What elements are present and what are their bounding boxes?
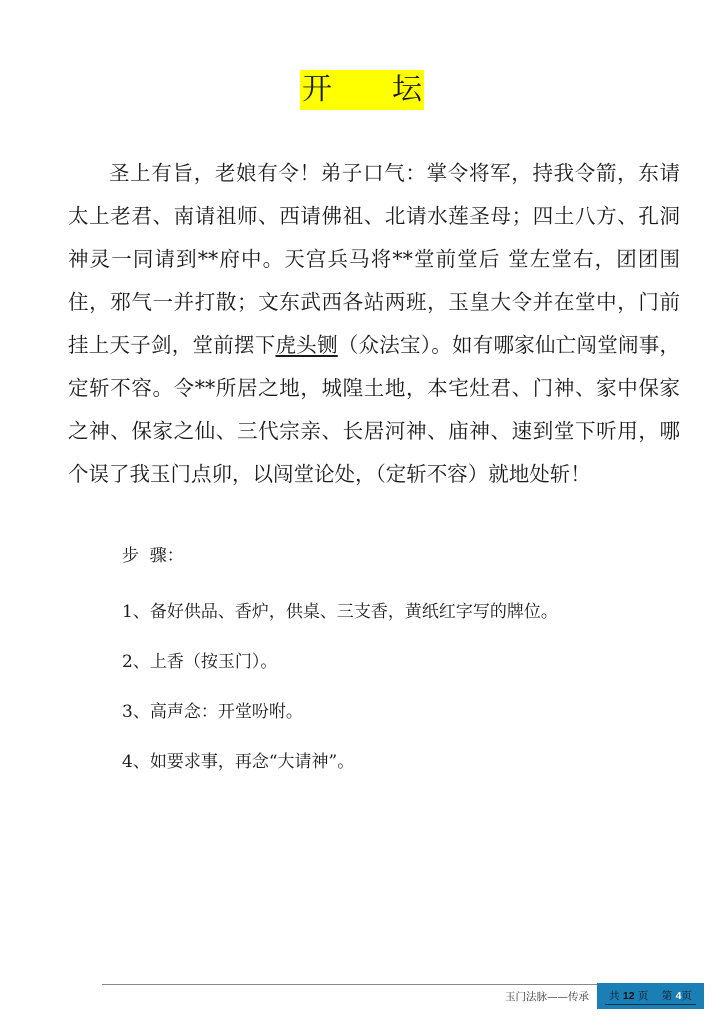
total-pages: 12: [623, 990, 635, 1002]
total-suffix: 页: [638, 990, 649, 1002]
paragraph-text-start: 圣上有旨，老娘有令！弟子口气：掌令将军，持我令箭，东请太上老君、南请祖师、西请佛…: [68, 161, 680, 357]
step-item-1: 1、备好供品、香炉，供桌、三支香，黄纸红字写的牌位。: [122, 597, 558, 627]
step-item-4: 4、如要求事，再念“大请神”。: [122, 747, 354, 777]
body-paragraph: 圣上有旨，老娘有令！弟子口气：掌令将军，持我令箭，东请太上老君、南请祖师、西请佛…: [68, 152, 680, 496]
step-item-3: 3、高声念：开堂吩咐。: [122, 697, 303, 727]
title-char-right: 坛: [392, 72, 422, 107]
footer-label: 玉门法脉——传承: [505, 987, 589, 1007]
steps-heading: 步 骤：: [122, 541, 184, 571]
page-number-badge: 共 12 页 第 4页: [597, 983, 704, 1009]
current-prefix: 第: [662, 990, 673, 1002]
step-item-2: 2、上香（按玉门）。: [122, 647, 277, 677]
underlined-term: 虎头铡: [276, 333, 338, 357]
title-char-left: 开: [302, 72, 332, 107]
badge-underline: [605, 1004, 696, 1005]
page-title: 开坛: [300, 70, 424, 110]
current-suffix: 页: [681, 990, 692, 1002]
footer-divider: [102, 984, 597, 985]
title-container: 开坛: [0, 70, 724, 110]
total-prefix: 共: [609, 990, 620, 1002]
